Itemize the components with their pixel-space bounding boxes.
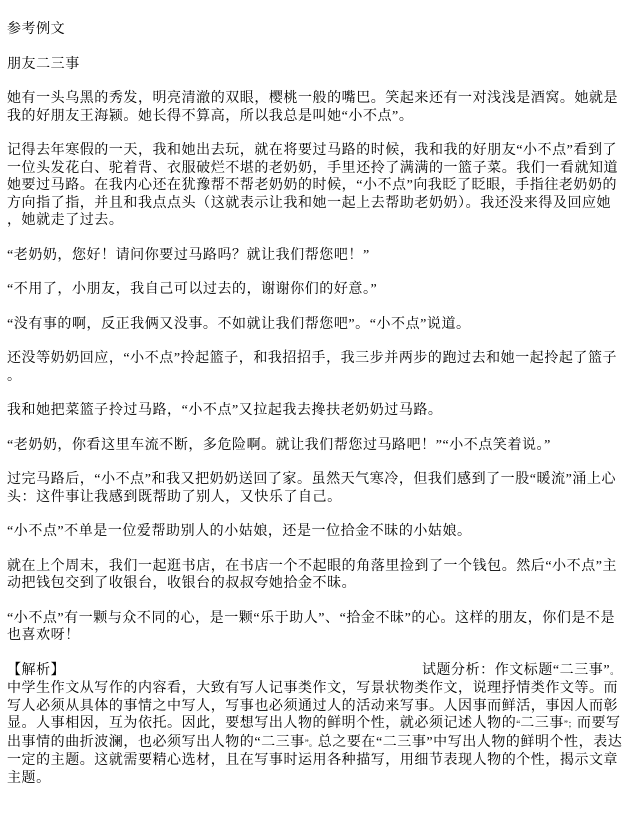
essay-paragraph: 我和她把菜篮子拎过马路，“小不点”又拉起我去搀扶老奶奶过马路。 [7,402,623,420]
essay-paragraph: “小不点”不单是一位爱帮助别人的小姑娘，还是一位拾金不昧的小姑娘。 [7,523,623,541]
essay-paragraph-dialogue: “老奶奶，您好！请问你要过马路吗？就让我们帮您吧！” [7,247,623,265]
essay-document: 参考例文 朋友二三事 她有一头乌黑的秀发，明亮清澈的双眼，樱桃一般的嘴巴。笑起来… [7,21,623,787]
essay-paragraph-dialogue: “老奶奶，你看这里车流不断，多危险啊。就让我们帮您过马路吧！”“小不点笑着说。” [7,437,623,455]
analysis-text: 试题分析：作文标题“二三事” [422,663,610,678]
essay-paragraph: 记得去年寒假的一天，我和她出去玩，就在将要过马路的时候，我和我的好朋友“小不点”… [7,142,623,230]
essay-title: 朋友二三事 [7,56,623,74]
analysis-small-punct: ”。 [305,738,318,748]
essay-paragraph-dialogue: “不用了，小朋友，我自己可以过去的，谢谢你们的好意。” [7,281,623,299]
essay-paragraph: 还没等奶奶回应，“小不点”拎起篮子，和我招招手，我三步并两步的跑过去和她一起拎起… [7,350,623,385]
analysis-label: 【解析】 [7,663,58,678]
essay-paragraph: 过完马路后，“小不点”和我又把奶奶送回了家。虽然天气寒冷，但我们感到了一股“暖流… [7,471,623,506]
essay-paragraph-dialogue: “没有事的啊，反正我俩又没事。不如就让我们帮您吧”。“小不点”说道。 [7,316,623,334]
analysis-text: 二三事 [520,716,564,731]
section-label: 参考例文 [7,21,623,39]
essay-paragraph: 她有一头乌黑的秀发，明亮清澈的双眼，樱桃一般的嘴巴。笑起来还有一对浅浅是酒窝。她… [7,90,623,125]
essay-paragraph: “小不点”有一颗与众不同的心，是一颗“乐于助人”、“拾金不昧”的心。这样的朋友，… [7,610,623,645]
analysis-small-punct: 。 [610,666,619,676]
analysis-spacer [58,663,422,678]
essay-paragraph: 就在上个周末，我们一起逛书店，在书店一个不起眼的角落里捡到了一个钱包。然后“小不… [7,558,623,593]
analysis-paragraph: 【解析】 试题分析：作文标题“二三事”。中学生作文从写作的内容看，大致有写人记事… [7,662,623,788]
analysis-small-punct: ”； [564,719,577,729]
